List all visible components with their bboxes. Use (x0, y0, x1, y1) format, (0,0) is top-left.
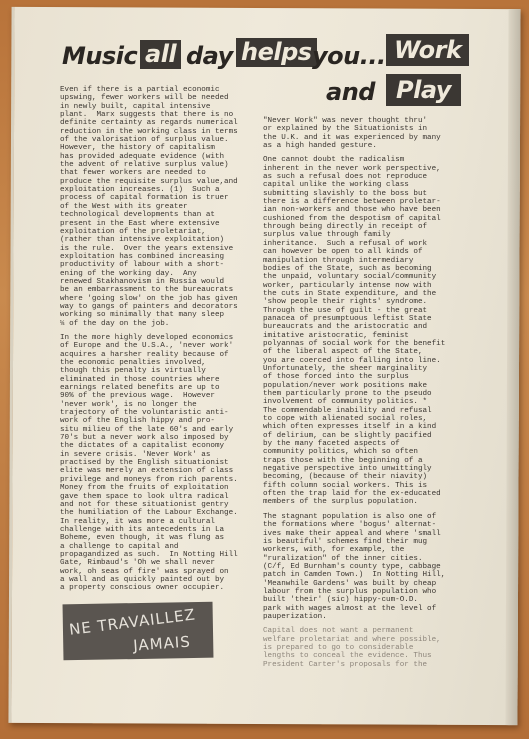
headline-word-music: Music (62, 44, 137, 68)
left-column: Even if there is a partial economic upsw… (60, 86, 256, 599)
right-paragraph-2: One cannot doubt the radicalism inherent… (263, 156, 485, 506)
left-paragraph-1: Even if there is a partial economic upsw… (60, 86, 256, 328)
headline-word-work: Work (386, 34, 469, 66)
right-paragraph-4: Capital does not want a permanent welfar… (263, 627, 485, 669)
graffiti-photo: NE TRAVAILLEZ JAMAIS (63, 602, 214, 661)
right-paragraph-3: The stagnant population is also one of t… (263, 513, 485, 621)
left-paragraph-2: In the more highly developed economics o… (60, 334, 256, 593)
headline-word-day: day (186, 44, 233, 68)
page-spine (505, 9, 520, 725)
graffiti-line-2: JAMAIS (133, 633, 192, 655)
right-column: "Never Work" was never thought thru' or … (263, 117, 485, 675)
headline-word-helps: helps (236, 38, 317, 67)
headline-word-all: all (140, 40, 181, 69)
right-paragraph-1: "Never Work" was never thought thru' or … (263, 117, 485, 150)
headline-word-you: you.... (312, 44, 394, 68)
headline-word-play: Play (386, 74, 461, 106)
headline-word-and: and (326, 80, 375, 104)
